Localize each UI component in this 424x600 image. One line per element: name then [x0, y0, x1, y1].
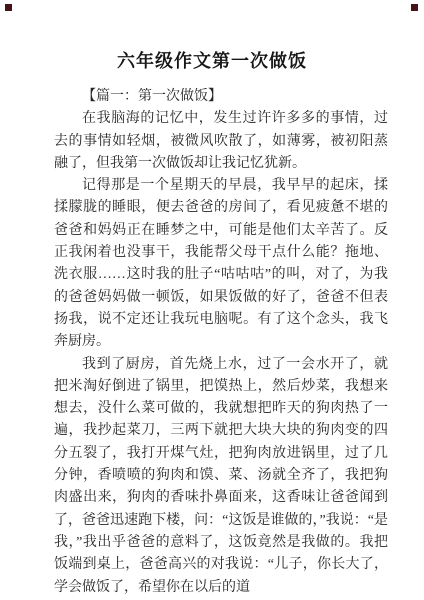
paragraph-3: 我到了厨房，首先烧上水，过了一会水开了，就把米淘好倒进了锅里，把馍热上，然后炒菜…	[54, 354, 388, 599]
corner-mark-left	[5, 4, 12, 11]
document-body: 【篇一：第一次做饭】 在我脑海的记忆中，发生过许许多多的事情，过去的事情如轻烟，…	[54, 86, 388, 599]
paragraph-2: 记得那是一个星期天的早晨，我早早的起床，揉揉朦胧的睡眼，便去爸爸的房间了，看见疲…	[54, 175, 388, 353]
paragraph-1: 在我脑海的记忆中，发生过许许多多的事情，过去的事情如轻烟，被微风吹散了，如薄雾，…	[54, 108, 388, 175]
section-header: 【篇一：第一次做饭】	[54, 86, 388, 108]
document-page: 六年级作文第一次做饭 【篇一：第一次做饭】 在我脑海的记忆中，发生过许许多多的事…	[0, 0, 424, 600]
page-title: 六年级作文第一次做饭	[0, 0, 424, 73]
corner-mark-right	[411, 4, 418, 11]
